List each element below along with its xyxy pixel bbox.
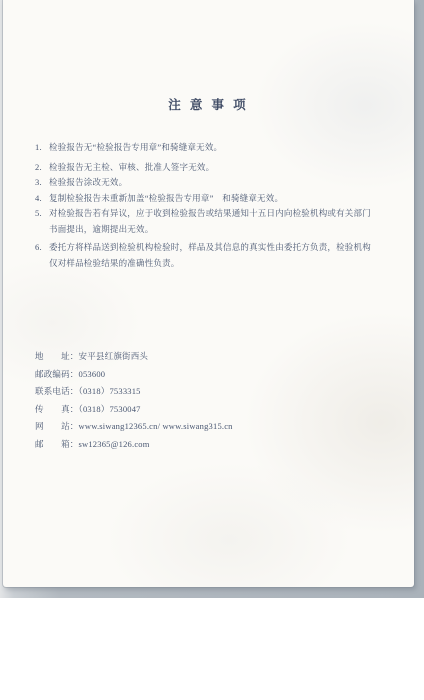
notice-item-number: 2.	[35, 160, 42, 176]
contact-label: 邮 箱：	[35, 439, 79, 449]
contact-line-website: 网 站：www.siwang12365.cn/ www.siwang315.cn	[35, 418, 365, 436]
contact-label: 地 址：	[35, 351, 79, 361]
notice-item-3: 3. 检验报告涂改无效。	[35, 175, 379, 191]
contact-line-postcode: 邮政编码：053600	[35, 366, 365, 384]
notice-item-1: 1. 检验报告无“检验报告专用章”和骑缝章无效。	[35, 140, 379, 156]
contact-value: （0318）7530047	[79, 404, 141, 414]
contact-label: 传 真：	[35, 404, 79, 414]
notice-item-text: 对检验报告若有异议，应于收到检验报告或结果通知十五日内向检验机构或有关部门书面提…	[49, 208, 371, 234]
notice-item-text: 检验报告涂改无效。	[49, 177, 127, 187]
notice-item-text: 复制检验报告未重新加盖“检验报告专用章” 和骑缝章无效。	[49, 193, 283, 203]
notice-item-number: 4.	[35, 191, 42, 207]
contact-line-phone: 联系电话：（0318）7533315	[35, 383, 365, 401]
contact-line-email: 邮 箱：sw12365@126.com	[35, 436, 365, 454]
contact-value: 053600	[79, 369, 106, 379]
notice-item-text: 检验报告无“检验报告专用章”和骑缝章无效。	[49, 142, 222, 152]
notice-item-2: 2. 检验报告无主检、审核、批准人签字无效。	[35, 160, 379, 176]
notice-item-4: 4. 复制检验报告未重新加盖“检验报告专用章” 和骑缝章无效。	[35, 191, 379, 207]
contact-label: 邮政编码：	[35, 369, 79, 379]
notice-item-number: 1.	[35, 140, 42, 156]
notice-list: 1. 检验报告无“检验报告专用章”和骑缝章无效。 2. 检验报告无主检、审核、批…	[35, 140, 379, 271]
notice-item-number: 6.	[35, 240, 42, 256]
notice-item-text: 检验报告无主检、审核、批准人签字无效。	[49, 162, 214, 172]
contact-value: 安平县红旗街西头	[79, 351, 149, 361]
notice-item-number: 5.	[35, 206, 42, 222]
contact-line-fax: 传 真：（0318）7530047	[35, 401, 365, 419]
contact-label: 网 站：	[35, 421, 79, 431]
contact-value: www.siwang12365.cn/ www.siwang315.cn	[79, 421, 233, 431]
contact-label: 联系电话：	[35, 386, 79, 396]
notice-item-number: 3.	[35, 175, 42, 191]
page-title: 注 意 事 项	[3, 95, 414, 113]
notice-item-5: 5. 对检验报告若有异议，应于收到检验报告或结果通知十五日内向检验机构或有关部门…	[35, 206, 379, 237]
document-page: 注 意 事 项 1. 检验报告无“检验报告专用章”和骑缝章无效。 2. 检验报告…	[3, 0, 414, 587]
contact-line-address: 地 址：安平县红旗街西头	[35, 348, 365, 366]
contact-value: sw12365@126.com	[79, 439, 150, 449]
notice-item-6: 6. 委托方将样品送到检验机构检验时，样品及其信息的真实性由委托方负责，检验机构…	[35, 240, 379, 271]
contact-value: （0318）7533315	[79, 386, 141, 396]
contact-block: 地 址：安平县红旗街西头 邮政编码：053600 联系电话：（0318）7533…	[35, 348, 365, 453]
notice-item-text: 委托方将样品送到检验机构检验时，样品及其信息的真实性由委托方负责，检验机构仅对样…	[49, 242, 371, 268]
